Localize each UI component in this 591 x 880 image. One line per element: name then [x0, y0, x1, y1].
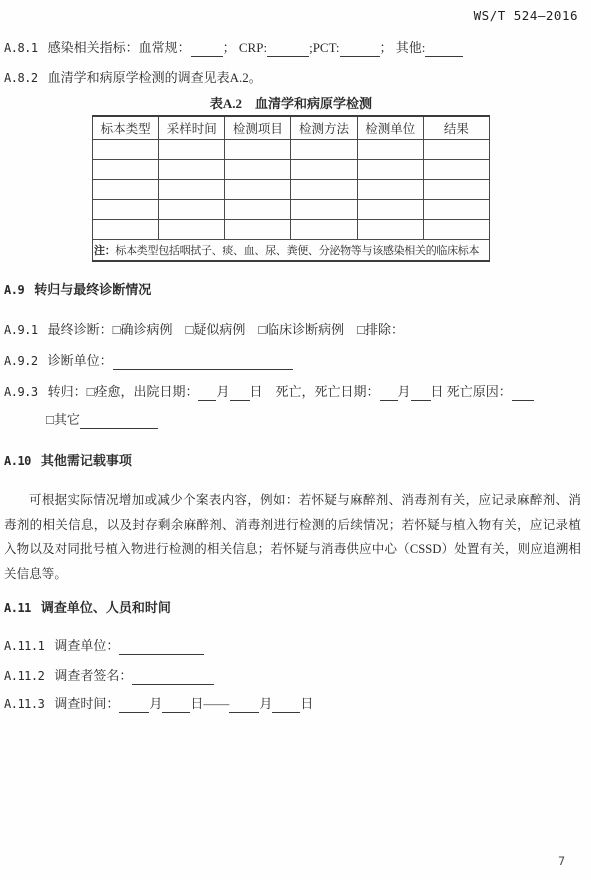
fill-in-blank [119, 699, 149, 713]
note-label: 注： [94, 245, 115, 257]
text-segment: 月 [216, 384, 229, 399]
empty-cell [93, 200, 159, 220]
text-segment: 日—— [190, 696, 229, 711]
heading-text: 其他需记载事项 [41, 453, 132, 468]
text-segment: ； 其他: [380, 40, 426, 55]
item-a8-1: A.8.1感染相关指标：血常规：； CRP:;PCT:； 其他: [4, 40, 581, 56]
fill-in-blank [113, 356, 293, 370]
empty-cell [93, 220, 159, 240]
fill-in-blank [267, 43, 309, 57]
item-text: 调查时间：月日——月日 [54, 696, 313, 711]
fill-in-blank [425, 43, 463, 57]
text-segment: 月 [149, 696, 162, 711]
empty-cell [291, 220, 357, 240]
fill-in-blank [198, 387, 216, 401]
heading-a10: A.10其他需记载事项 [4, 453, 581, 469]
table-row [93, 160, 490, 180]
heading-number: A.10 [4, 454, 31, 468]
table-row [93, 180, 490, 200]
item-text: 最终诊断：□确诊病例 □疑似病例 □临床诊断病例 □排除： [48, 322, 404, 337]
text-segment: 月 [259, 696, 272, 711]
empty-cell [93, 180, 159, 200]
fill-in-blank [80, 415, 158, 429]
table-note-row: 注：标本类型包括咽拭子、痰、血、尿、粪便、分泌物等与该感染相关的临床标本 [93, 240, 490, 262]
fill-in-blank [380, 387, 398, 401]
text-segment: 转归：□痊愈，出院日期： [48, 384, 199, 399]
item-a9-3-other: □其它 [4, 412, 581, 428]
item-number: A.8.1 [4, 41, 38, 55]
item-text: 诊断单位： [48, 353, 293, 368]
item-a9-3: A.9.3转归：□痊愈，出院日期：月日 死亡，死亡日期：月日 死亡原因： [4, 384, 581, 400]
item-number: A.8.2 [4, 71, 38, 85]
item-text: 感染相关指标：血常规：； CRP:;PCT:； 其他: [48, 40, 464, 55]
table-row [93, 200, 490, 220]
text-segment: 感染相关指标：血常规： [48, 40, 191, 55]
empty-cell [291, 160, 357, 180]
empty-cell [225, 220, 291, 240]
empty-cell [159, 140, 225, 160]
item-text: □其它 [46, 412, 158, 427]
empty-cell [159, 160, 225, 180]
column-header: 检测项目 [225, 116, 291, 140]
text-segment: 诊断单位： [48, 353, 113, 368]
empty-cell [225, 200, 291, 220]
empty-cell [225, 180, 291, 200]
fill-in-blank [340, 43, 380, 57]
empty-cell [423, 220, 489, 240]
column-header: 检测方法 [291, 116, 357, 140]
item-a9-2: A.9.2诊断单位： [4, 353, 581, 369]
empty-cell [93, 160, 159, 180]
item-text: 血清学和病原学检测的调查见表A.2。 [48, 70, 262, 85]
text-segment: 调查单位： [54, 638, 119, 653]
empty-cell [291, 140, 357, 160]
table-row [93, 140, 490, 160]
item-a11-3: A.11.3调查时间：月日——月日 [4, 696, 581, 712]
text-segment: 血清学和病原学检测的调查见表A.2。 [48, 70, 262, 85]
table-row [93, 220, 490, 240]
text-segment: 月 [398, 384, 411, 399]
empty-cell [357, 180, 423, 200]
item-a8-2: A.8.2血清学和病原学检测的调查见表A.2。 [4, 70, 581, 86]
item-a9-1: A.9.1最终诊断：□确诊病例 □疑似病例 □临床诊断病例 □排除： [4, 322, 581, 338]
specimen-table: 标本类型采样时间检测项目检测方法检测单位结果注：标本类型包括咽拭子、痰、血、尿、… [92, 115, 490, 262]
fill-in-blank [132, 671, 214, 685]
fill-in-blank [272, 699, 300, 713]
item-a11-1: A.11.1调查单位： [4, 638, 581, 654]
empty-cell [357, 220, 423, 240]
table-note: 注：标本类型包括咽拭子、痰、血、尿、粪便、分泌物等与该感染相关的临床标本 [93, 240, 490, 262]
empty-cell [423, 140, 489, 160]
empty-cell [357, 160, 423, 180]
specimen-table-wrap: 标本类型采样时间检测项目检测方法检测单位结果注：标本类型包括咽拭子、痰、血、尿、… [92, 115, 490, 262]
fill-in-blank [411, 387, 431, 401]
empty-cell [159, 180, 225, 200]
fill-in-blank [191, 43, 223, 57]
empty-cell [159, 220, 225, 240]
heading-number: A.9 [4, 283, 24, 297]
item-a11-2: A.11.2调查者签名： [4, 668, 581, 684]
heading-number: A.11 [4, 601, 31, 615]
empty-cell [93, 140, 159, 160]
fill-in-blank [162, 699, 190, 713]
heading-text: 调查单位、人员和时间 [41, 600, 171, 615]
table-header-row: 标本类型采样时间检测项目检测方法检测单位结果 [93, 116, 490, 140]
paragraph-a10: 可根据实际情况增加或减少个案表内容，例如：若怀疑与麻醉剂、消毒剂有关，应记录麻醉… [4, 488, 581, 586]
empty-cell [291, 180, 357, 200]
page-number: 7 [558, 854, 565, 868]
fill-in-blank [512, 387, 534, 401]
heading-a11: A.11调查单位、人员和时间 [4, 600, 581, 616]
text-segment: 调查时间： [54, 696, 119, 711]
item-number: A.11.1 [4, 639, 44, 653]
fill-in-blank [229, 699, 259, 713]
empty-cell [225, 160, 291, 180]
column-header: 检测单位 [357, 116, 423, 140]
item-number: A.11.2 [4, 669, 44, 683]
heading-a9: A.9转归与最终诊断情况 [4, 282, 581, 298]
column-header: 标本类型 [93, 116, 159, 140]
text-segment: 最终诊断：□确诊病例 □疑似病例 □临床诊断病例 □排除： [48, 322, 404, 337]
document-page: WS/T 524—2016 A.8.1感染相关指标：血常规：； CRP:;PCT… [0, 0, 591, 880]
empty-cell [423, 160, 489, 180]
column-header: 采样时间 [159, 116, 225, 140]
standard-number: WS/T 524—2016 [474, 8, 578, 23]
empty-cell [357, 140, 423, 160]
item-number: A.9.1 [4, 323, 38, 337]
text-segment: □其它 [46, 412, 80, 427]
fill-in-blank [230, 387, 250, 401]
empty-cell [291, 200, 357, 220]
item-number: A.11.3 [4, 697, 44, 711]
text-segment: 日 死亡，死亡日期： [250, 384, 380, 399]
empty-cell [423, 180, 489, 200]
item-text: 调查者签名： [54, 668, 214, 683]
column-header: 结果 [423, 116, 489, 140]
text-segment: 日 死亡原因： [431, 384, 512, 399]
page-content: A.8.1感染相关指标：血常规：； CRP:;PCT:； 其他: A.8.2血清… [4, 34, 581, 712]
fill-in-blank [119, 641, 204, 655]
item-number: A.9.3 [4, 385, 38, 399]
text-segment: ;PCT: [309, 40, 339, 55]
empty-cell [423, 200, 489, 220]
item-text: 调查单位： [54, 638, 204, 653]
empty-cell [225, 140, 291, 160]
text-segment: ； CRP: [223, 40, 267, 55]
text-segment: 日 [300, 696, 313, 711]
empty-cell [357, 200, 423, 220]
text-segment: 调查者签名： [54, 668, 132, 683]
item-text: 转归：□痊愈，出院日期：月日 死亡，死亡日期：月日 死亡原因： [48, 384, 534, 399]
item-number: A.9.2 [4, 354, 38, 368]
empty-cell [159, 200, 225, 220]
table-title: 表A.2 血清学和病原学检测 [92, 96, 490, 112]
heading-text: 转归与最终诊断情况 [34, 282, 151, 297]
